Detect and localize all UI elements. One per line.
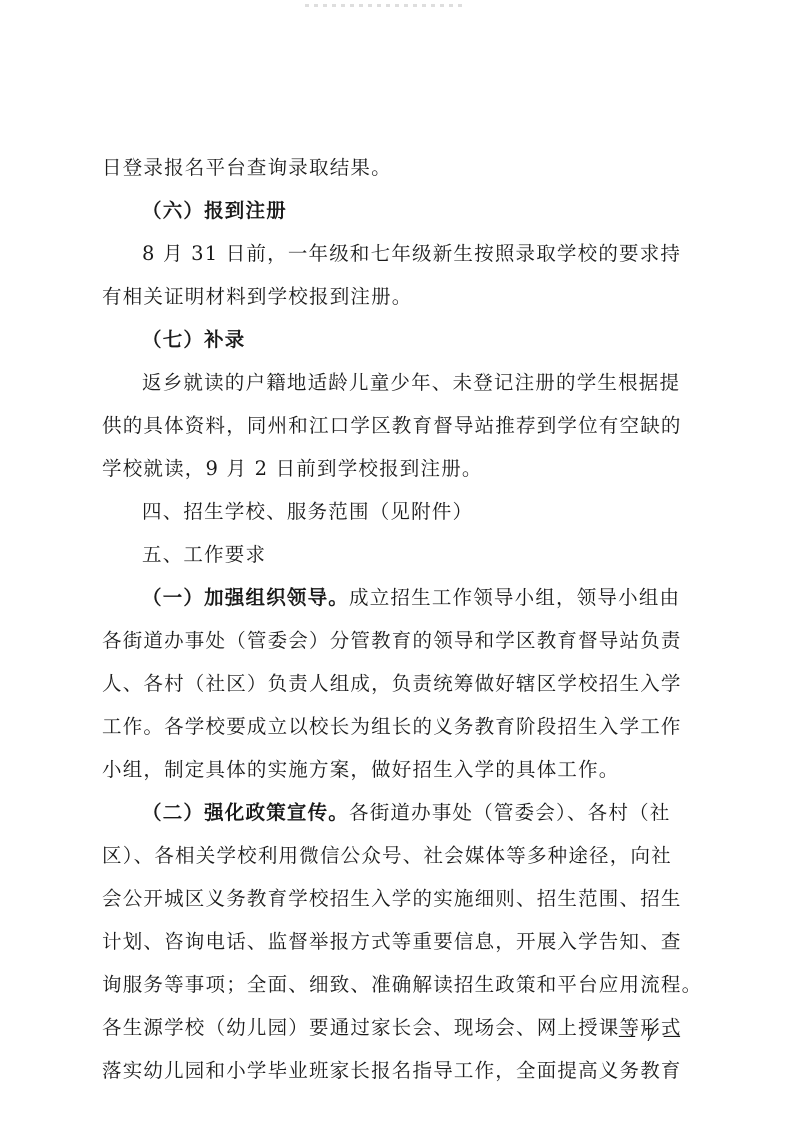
section-heading-5: 五、工作要求: [142, 542, 742, 568]
paragraph-line: （二）强化政策宣传。各街道办事处（管委会）、各村（社: [142, 800, 742, 826]
paragraph-line: 返乡就读的户籍地适龄儿童少年、未登记注册的学生根据提: [142, 370, 742, 396]
section-heading-4: 四、招生学校、服务范围（见附件）: [142, 499, 742, 525]
paragraph-text: 各街道办事处（管委会）、各村（社: [349, 801, 670, 824]
paragraph-line: 落实幼儿园和小学毕业班家长报名指导工作，全面提高义务教育: [102, 1058, 702, 1084]
paragraph-line: 区）、各相关学校利用微信公众号、社会媒体等多种途径，向社: [102, 843, 702, 869]
paragraph-line: 8 月 31 日前，一年级和七年级新生按照录取学校的要求持: [142, 241, 742, 267]
paragraph-text: 成立招生工作领导小组，领导小组由: [349, 586, 680, 609]
paragraph-line: 会公开城区义务教育学校招生入学的实施细则、招生范围、招生: [102, 886, 702, 912]
paragraph-line: 有相关证明材料到学校报到注册。: [102, 284, 702, 310]
paragraph-line: 供的具体资料，同州和江口学区教育督导站推荐到学位有空缺的: [102, 413, 702, 439]
scan-artifact: [305, 4, 465, 7]
subheading-publicity: （二）强化政策宣传。: [142, 801, 349, 824]
paragraph-line: 学校就读，9 月 2 日前到学校报到注册。: [102, 456, 702, 482]
section-heading-7: （七）补录: [142, 327, 742, 353]
paragraph-line: 各街道办事处（管委会）分管教育的领导和学区教育督导站负责: [102, 628, 702, 654]
paragraph-line: 日登录报名平台查询录取结果。: [102, 155, 702, 181]
paragraph-line: 各生源学校（幼儿园）要通过家长会、现场会、网上授课等形式: [102, 1015, 702, 1041]
paragraph-line: 人、各村（社区）负责人组成，负责统筹做好辖区学校招生入学: [102, 671, 702, 697]
paragraph-line: 小组，制定具体的实施方案，做好招生入学的具体工作。: [102, 757, 702, 783]
subheading-organization: （一）加强组织领导。: [142, 586, 349, 609]
document-page: 日登录报名平台查询录取结果。 （六）报到注册 8 月 31 日前，一年级和七年级…: [0, 0, 793, 1122]
paragraph-line: （一）加强组织领导。成立招生工作领导小组，领导小组由: [142, 585, 742, 611]
paragraph-line: 计划、咨询电话、监督举报方式等重要信息，开展入学告知、查: [102, 929, 702, 955]
page-number: — 7 —: [618, 1024, 682, 1048]
paragraph-line: 工作。各学校要成立以校长为组长的义务教育阶段招生入学工作: [102, 714, 702, 740]
section-heading-6: （六）报到注册: [142, 198, 742, 224]
paragraph-line: 询服务等事项；全面、细致、准确解读招生政策和平台应用流程。: [102, 972, 702, 998]
